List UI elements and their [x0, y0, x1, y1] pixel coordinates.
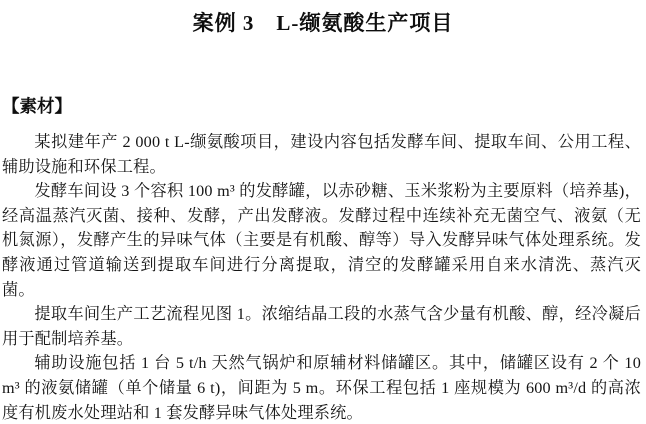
page-title: 案例 3 L-缬氨酸生产项目	[0, 8, 646, 38]
paragraph-auxiliary-facilities: 辅助设施包括 1 台 5 t/h 天然气锅炉和原辅材料储罐区。其中，储罐区设有 …	[2, 351, 641, 424]
paragraph-fermentation-workshop: 发酵车间设 3 个容积 100 m³ 的发酵罐，以赤砂糖、玉米浆粉为主要原料（培…	[2, 179, 641, 302]
paragraph-extraction-workshop: 提取车间生产工艺流程见图 1。浓缩结晶工段的水蒸气含少量有机酸、醇，经冷凝后用于…	[2, 302, 641, 351]
paragraph-project-overview: 某拟建年产 2 000 t L-缬氨酸项目，建设内容包括发酵车间、提取车间、公用…	[2, 130, 641, 179]
document-body: 某拟建年产 2 000 t L-缬氨酸项目，建设内容包括发酵车间、提取车间、公用…	[0, 130, 646, 424]
document-page: 案例 3 L-缬氨酸生产项目 【素材】 某拟建年产 2 000 t L-缬氨酸项…	[0, 0, 646, 424]
section-heading-material: 【素材】	[0, 95, 646, 117]
